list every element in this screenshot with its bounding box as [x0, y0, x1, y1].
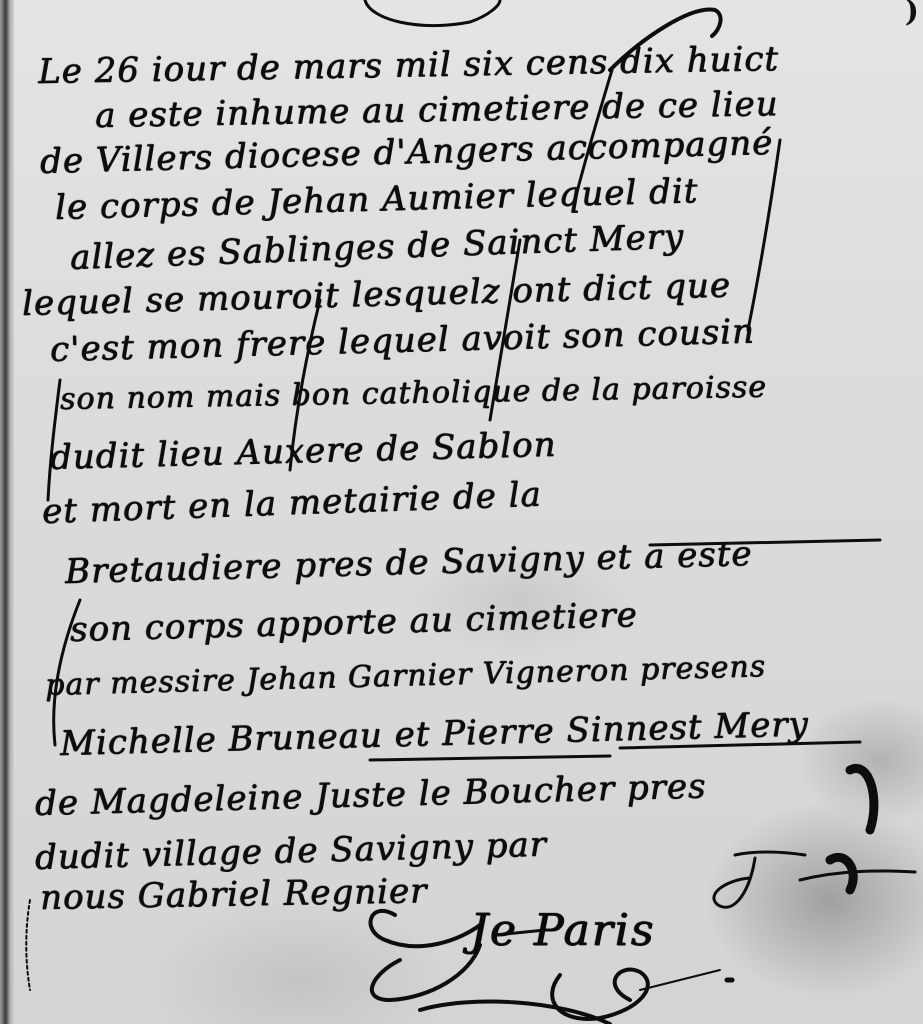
- manuscript-line-1: Le 26 iour de mars mil six cens dix huic…: [38, 39, 780, 92]
- manuscript-line-13: par messire Jehan Garnier Vigneron prese…: [45, 649, 767, 703]
- manuscript-line-14: Michelle Bruneau et Pierre Sinnest Mery: [59, 704, 809, 764]
- signature: Je Paris: [470, 905, 655, 956]
- manuscript-page: ): [0, 0, 923, 1024]
- manuscript-line-9: dudit lieu Auxere de Sablon: [49, 425, 556, 478]
- manuscript-line-11: Bretaudiere pres de Savigny et a este: [64, 534, 752, 592]
- manuscript-line-17: nous Gabriel Regnier: [40, 871, 428, 918]
- page-margin-edge: [0, 0, 14, 1024]
- page-corner-mark: ): [905, 0, 919, 29]
- manuscript-line-8: son nom mais bon catholique de la parois…: [60, 370, 767, 417]
- manuscript-line-15: de Magdeleine Juste le Boucher pres: [34, 766, 706, 824]
- manuscript-line-12: son corps apporte au cimetiere: [69, 595, 638, 650]
- manuscript-line-16: dudit village de Savigny par: [34, 825, 547, 878]
- manuscript-line-10: et mort en la metairie de la: [41, 475, 542, 532]
